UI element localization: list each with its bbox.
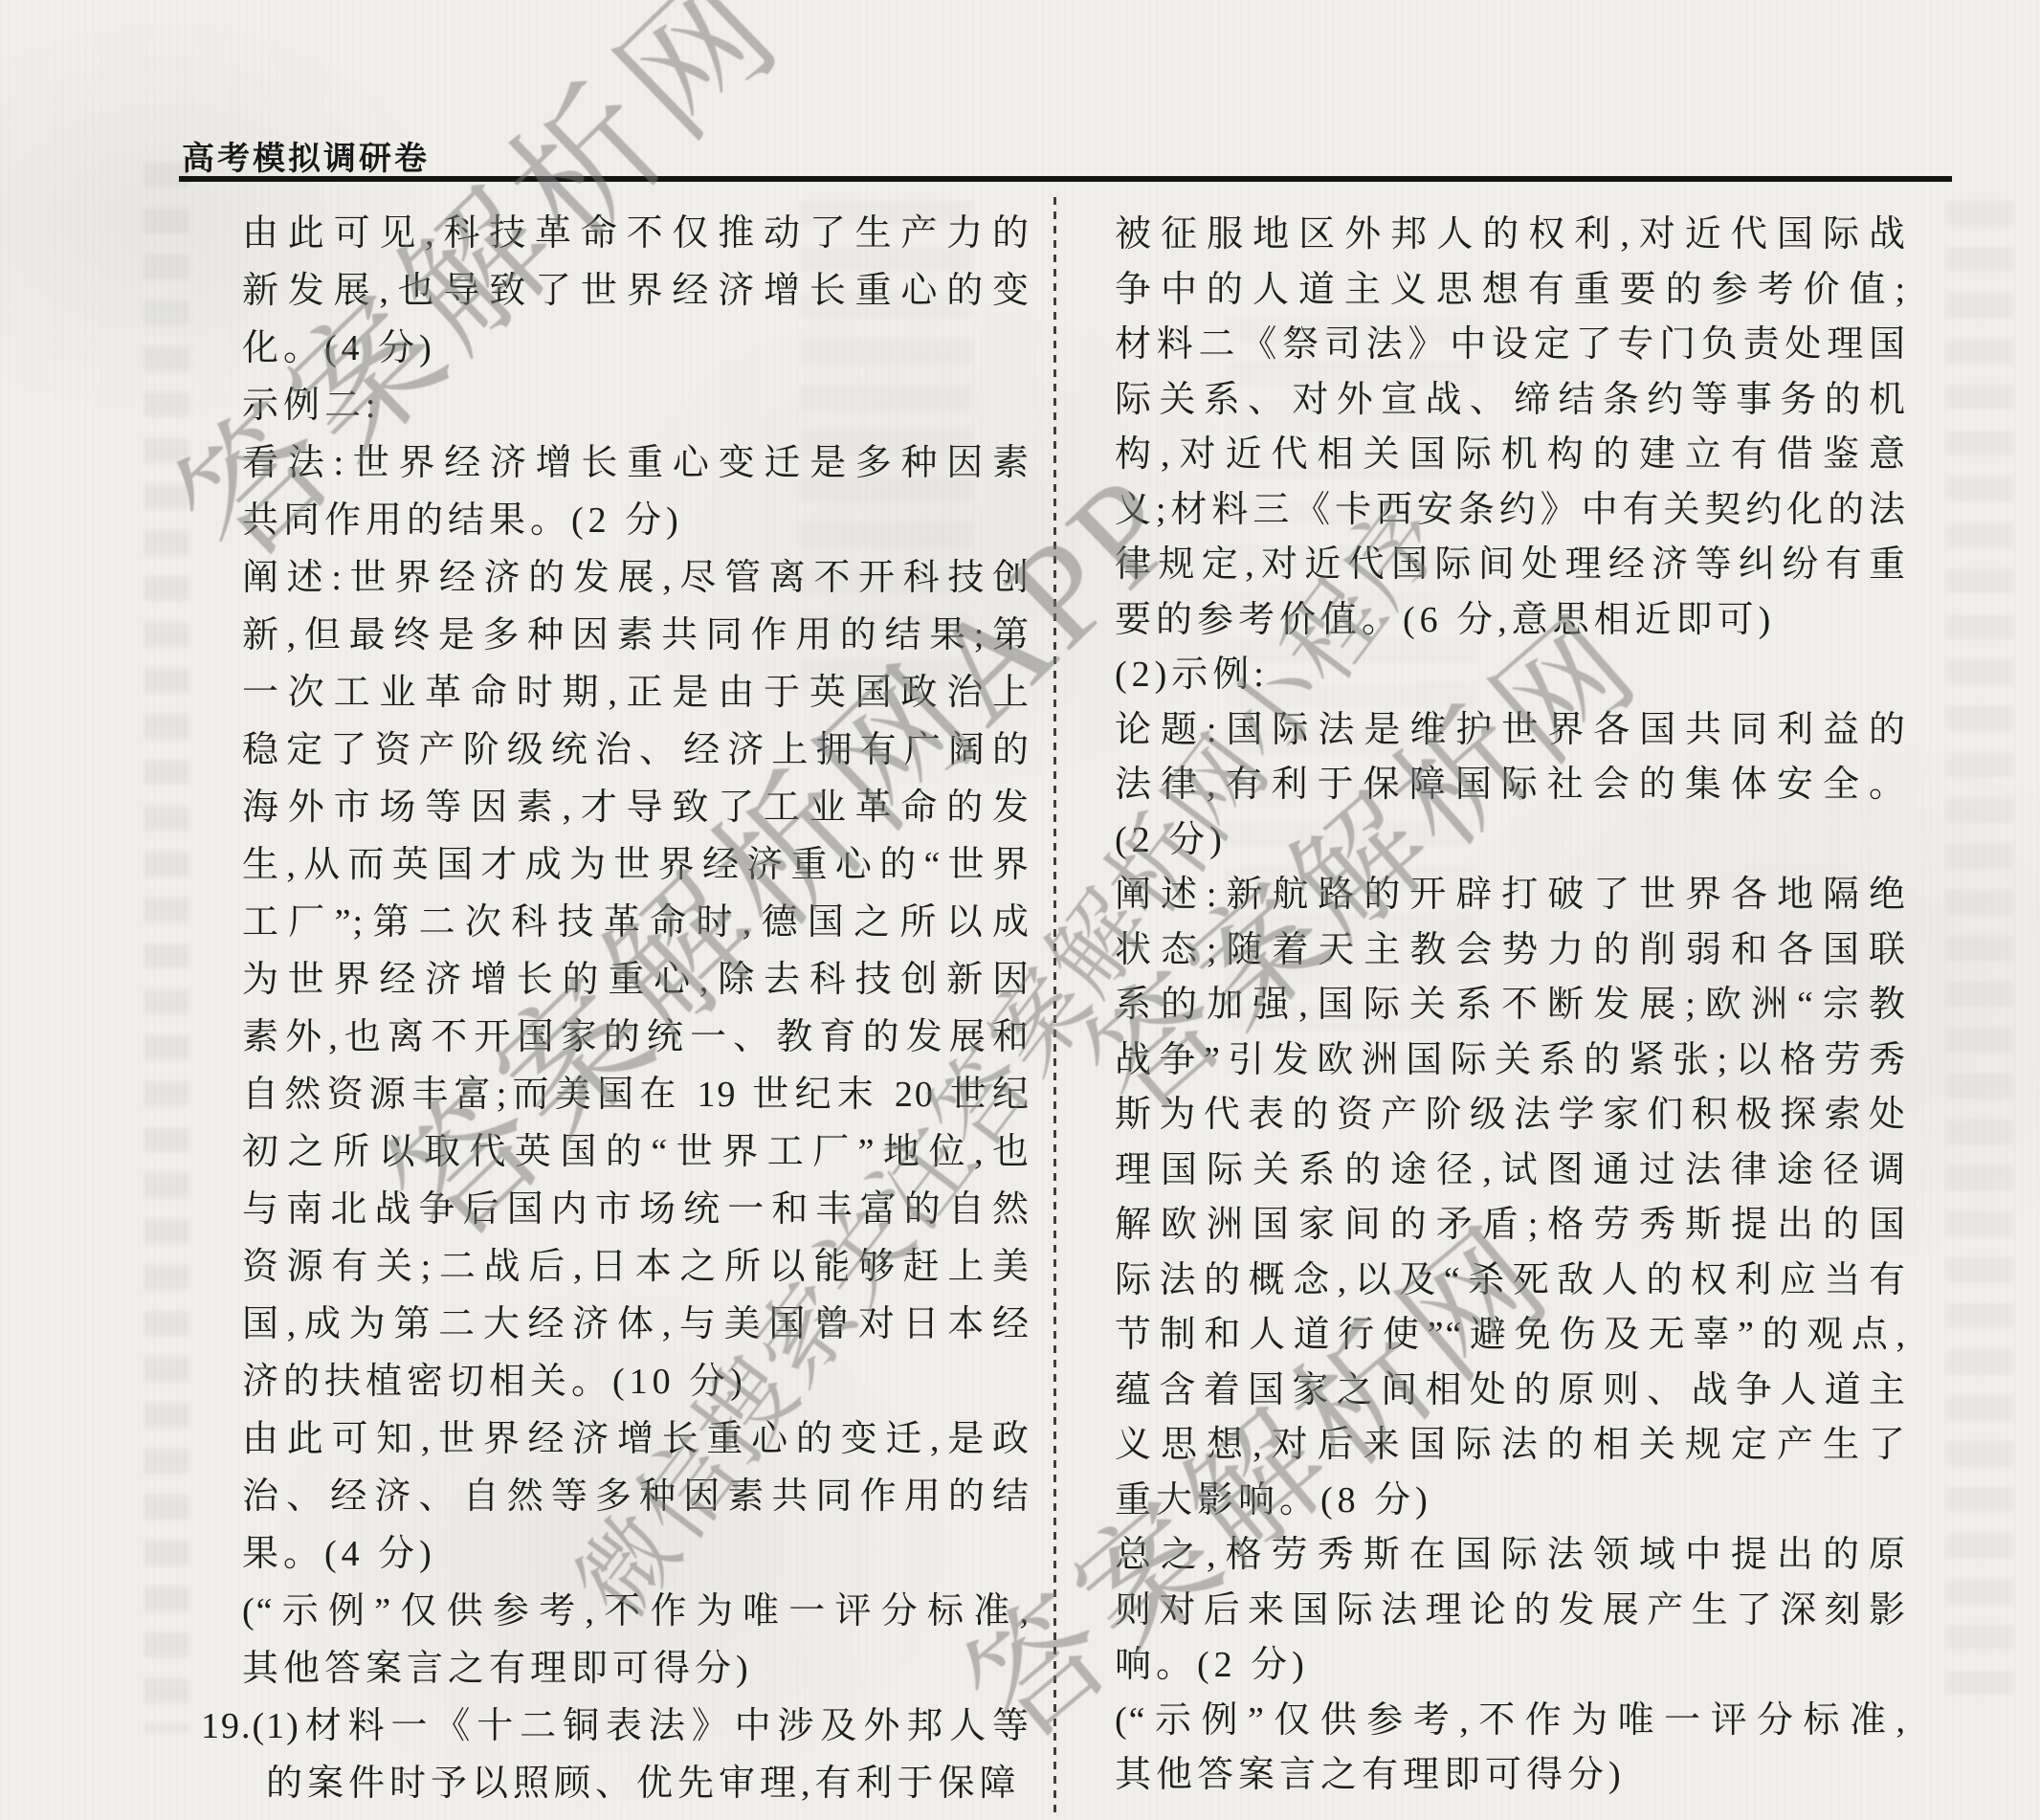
text-line: 阐述:世界经济的发展,尽管离不开科技创: [242, 549, 1031, 607]
column-divider-dashed-line: [1053, 197, 1056, 1814]
paragraph-part2-example-label: (2)示例:: [1115, 648, 1907, 703]
header-rule: [179, 176, 1952, 182]
right-text-column: 被征服地区外邦人的权利,对近代国际战争中的人道主义思想有重要的参考价值;材料二《…: [1115, 208, 1907, 1804]
paragraph-example2-label: 示例二:: [242, 377, 1031, 434]
text-line: (2)示例:: [1115, 648, 1907, 703]
text-line: 义;材料三《卡西安条约》中有关契约化的法: [1115, 483, 1907, 539]
text-line: 论题:国际法是维护世界各国共同利益的: [1115, 703, 1907, 759]
paragraph-question-19-part1: 19.(1)材料一《十二铜表法》中涉及外邦人等的案件时予以照顾、优先审理,有利于…: [266, 1698, 1031, 1812]
text-line: 状态;随着天主教会势力的削弱和各国联: [1115, 923, 1907, 979]
paragraph-grading-note: (“示例”仅供参考,不作为唯一评分标准,其他答案言之有理即可得分): [1115, 1694, 1907, 1804]
text-line: 被征服地区外邦人的权利,对近代国际战: [1115, 208, 1907, 263]
text-line: 阐述:新航路的开辟打破了世界各地隔绝: [1115, 868, 1907, 923]
text-line: 果。(4 分): [242, 1525, 1031, 1583]
text-line: 构,对近代相关国际机构的建立有借鉴意: [1115, 428, 1907, 483]
text-line: 海外市场等因素,才导致了工业革命的发: [242, 779, 1031, 836]
paragraph-elaboration-8pts: 阐述:新航路的开辟打破了世界各地隔绝状态;随着天主教会势力的削弱和各国联系的加强…: [1115, 868, 1907, 1528]
text-line: 与南北战争后国内市场统一和丰富的自然: [242, 1181, 1031, 1238]
text-line: 生,从而英国才成为世界经济重心的“世界: [242, 836, 1031, 894]
text-line: 战争”引发欧洲国际关系的紧张;以格劳秀: [1115, 1033, 1907, 1089]
text-line: 节制和人道行使”“避免伤及无辜”的观点,: [1115, 1308, 1907, 1364]
text-line: 际关系、对外宣战、缔结条约等事务的机: [1115, 373, 1907, 429]
text-line: 看法:世界经济增长重心变迁是多种因素: [242, 434, 1031, 492]
text-line: 资源有关;二战后,日本之所以能够赶上美: [242, 1238, 1031, 1296]
text-line: 工厂”;第二次科技革命时,德国之所以成: [242, 894, 1031, 951]
text-line: 一次工业革命时期,正是由于英国政治上: [242, 664, 1031, 721]
text-line: 稳定了资产阶级统治、经济上拥有广阔的: [242, 721, 1031, 779]
text-line: 总之,格劳秀斯在国际法领域中提出的原: [1115, 1528, 1907, 1584]
text-line: 共同作用的结果。(2 分): [242, 492, 1031, 549]
text-line: 济的扶植密切相关。(10 分): [242, 1353, 1031, 1410]
paragraph-elaboration-10pts: 阐述:世界经济的发展,尽管离不开科技创新,但最终是多种因素共同作用的结果;第一次…: [242, 549, 1031, 1410]
text-line: 义思想,对后来国际法的相关规定产生了: [1115, 1418, 1907, 1474]
text-line: 由此可知,世界经济增长重心的变迁,是政: [242, 1410, 1031, 1468]
text-line: 化。(4 分): [242, 320, 1031, 377]
text-line: 争中的人道主义思想有重要的参考价值;: [1115, 263, 1907, 319]
text-line: 重大影响。(8 分): [1115, 1474, 1907, 1529]
page-header-title: 高考模拟调研卷: [182, 132, 430, 179]
text-line: 律规定,对近代国际间处理经济等纠纷有重: [1115, 538, 1907, 593]
text-line: (“示例”仅供参考,不作为唯一评分标准,: [1115, 1694, 1907, 1749]
text-line: 由此可见,科技革命不仅推动了生产力的: [242, 205, 1031, 262]
text-line: 理国际关系的途径,试图通过法律途径调: [1115, 1143, 1907, 1199]
text-line: 治、经济、自然等多种因素共同作用的结: [242, 1468, 1031, 1525]
text-line: 材料二《祭司法》中设定了专门负责处理国: [1115, 318, 1907, 373]
text-line: (“示例”仅供参考,不作为唯一评分标准,: [242, 1583, 1031, 1640]
paragraph-conclusion-2pts: 总之,格劳秀斯在国际法领域中提出的原则对后来国际法理论的发展产生了深刻影响。(2…: [1115, 1528, 1907, 1694]
text-line: 蕴含着国家之间相处的原则、战争人道主: [1115, 1364, 1907, 1419]
text-line: 自然资源丰富;而美国在 19 世纪末 20 世纪: [242, 1066, 1031, 1123]
paragraph-viewpoint-2pts: 看法:世界经济增长重心变迁是多种因素共同作用的结果。(2 分): [242, 434, 1031, 549]
scanned-exam-answer-page: 高考模拟调研卷 由此可见,科技革命不仅推动了生产力的新发展,也导致了世界经济增长…: [0, 0, 2040, 1820]
text-line: 际法的概念,以及“杀死敌人的权利应当有: [1115, 1254, 1907, 1309]
text-line: 其他答案言之有理即可得分): [1115, 1748, 1907, 1804]
paragraph-thesis-2pts: 论题:国际法是维护世界各国共同利益的法律,有利于保障国际社会的集体安全。(2 分…: [1115, 703, 1907, 869]
text-line: 其他答案言之有理即可得分): [242, 1640, 1031, 1698]
text-line: 示例二:: [242, 377, 1031, 434]
page-showthrough-texture: [144, 163, 189, 1732]
paragraph-grading-note: (“示例”仅供参考,不作为唯一评分标准,其他答案言之有理即可得分): [242, 1583, 1031, 1698]
text-line: 素外,也离不开国家的统一、教育的发展和: [242, 1009, 1031, 1066]
text-line: 要的参考价值。(6 分,意思相近即可): [1115, 593, 1907, 649]
text-line: 19.(1)材料一《十二铜表法》中涉及外邦人等: [201, 1698, 1031, 1755]
page-showthrough-texture: [1946, 201, 2013, 1694]
paragraph-materials-analysis-6pts: 被征服地区外邦人的权利,对近代国际战争中的人道主义思想有重要的参考价值;材料二《…: [1115, 208, 1907, 648]
paragraph-summary-4pts: 由此可知,世界经济增长重心的变迁,是政治、经济、自然等多种因素共同作用的结果。(…: [242, 1410, 1031, 1583]
text-line: 则对后来国际法理论的发展产生了深刻影: [1115, 1584, 1907, 1639]
text-line: 响。(2 分): [1115, 1638, 1907, 1694]
text-line: 斯为代表的资产阶级法学家们积极探索处: [1115, 1088, 1907, 1143]
text-line: 系的加强,国际关系不断发展;欧洲“宗教: [1115, 978, 1907, 1033]
text-line: 新发展,也导致了世界经济增长重心的变: [242, 262, 1031, 320]
text-line: 国,成为第二大经济体,与美国曾对日本经: [242, 1296, 1031, 1353]
text-line: 法律,有利于保障国际社会的集体安全。: [1115, 758, 1907, 813]
text-line: 的案件时予以照顾、优先审理,有利于保障: [266, 1755, 1031, 1812]
left-text-column: 由此可见,科技革命不仅推动了生产力的新发展,也导致了世界经济增长重心的变化。(4…: [242, 205, 1031, 1812]
text-line: (2 分): [1115, 813, 1907, 869]
text-line: 新,但最终是多种因素共同作用的结果;第: [242, 607, 1031, 664]
text-line: 初之所以取代英国的“世界工厂”地位,也: [242, 1123, 1031, 1181]
paragraph-conclusion-4pts: 由此可见,科技革命不仅推动了生产力的新发展,也导致了世界经济增长重心的变化。(4…: [242, 205, 1031, 377]
text-line: 解欧洲国家间的矛盾;格劳秀斯提出的国: [1115, 1198, 1907, 1254]
text-line: 为世界经济增长的重心,除去科技创新因: [242, 951, 1031, 1009]
